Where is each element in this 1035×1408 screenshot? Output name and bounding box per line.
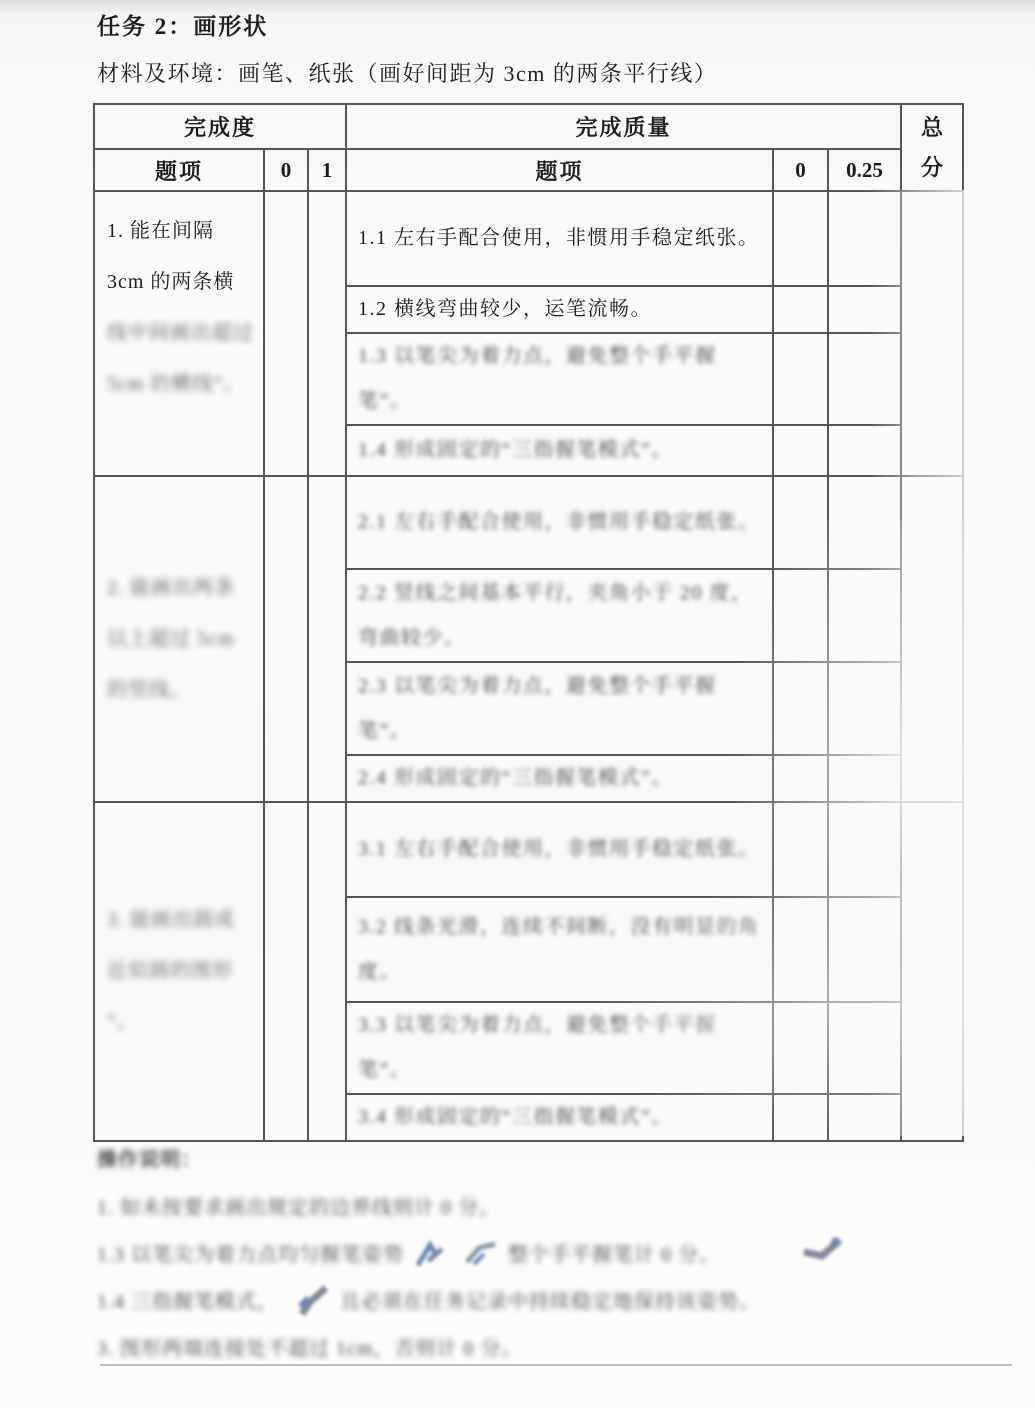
quality-score-025-cell-2-1: [828, 476, 901, 569]
quality-score-0-cell-3-2: [773, 897, 828, 1002]
completion-score-0-cell-3: [264, 802, 308, 1141]
task-item-3-text-blurred: 3. 能画出圆或近似圆的图形 ”。: [107, 909, 235, 1033]
note-line-3: 1.4 三指握笔模式， 且必须在任务记录中持续稳定地保持该姿势。: [97, 1284, 760, 1322]
pen-grip-photo-icon: [796, 1236, 844, 1276]
header-score-0-right: 0: [773, 149, 828, 191]
quality-row-3-4-text: 3.4 形成固定的“三指握笔模式”。: [358, 1106, 673, 1128]
task-item-1: 1. 能在间隔 3cm 的两条横线中间画出超过 5cm 的横线”。: [94, 191, 264, 476]
task-item-2: 2. 能画出两条以上超过 5cm 的竖线。: [94, 476, 264, 802]
note-line-3-text-a: 1.4 三指握笔模式，: [97, 1291, 278, 1313]
quality-score-0-cell-3-4: [773, 1094, 828, 1141]
pen-grip-photo-icon: [288, 1284, 330, 1322]
quality-row-1-2: 1.2 横线弯曲较少，运笔流畅。: [346, 286, 773, 333]
quality-score-0-cell-1-3: [773, 333, 828, 425]
total-score-cell-2: [901, 476, 963, 802]
completion-score-1-cell-3: [308, 802, 346, 1141]
note-line-3-text-b: 且必须在任务记录中持续稳定地保持该姿势。: [340, 1291, 760, 1313]
quality-row-1-2-text: 1.2 横线弯曲较少，运笔流畅。: [358, 298, 652, 320]
quality-row-2-2-text: 2.2 竖线之间基本平行，夹角小于 20 度，弯曲较少。: [358, 582, 753, 649]
quality-row-1-1-text: 1.1 左右手配合使用，非惯用手稳定纸张。: [358, 227, 760, 249]
header-item-left: 题项: [94, 149, 264, 191]
quality-row-2-4: 2.4 形成固定的“三指握笔模式”。: [346, 755, 773, 802]
quality-score-025-cell-3-4: [828, 1094, 901, 1141]
quality-score-0-cell-3-1: [773, 802, 828, 897]
note-line-1: 1. 如未按要求画出规定的边界线则计 0 分。: [97, 1191, 500, 1220]
quality-row-3-2: 3.2 线条光滑，连续不间断，没有明显的角度。: [346, 897, 773, 1002]
note-line-2: 1.3 以笔尖为着力点均匀握笔姿势 整个手平握笔计 0 分。: [97, 1236, 848, 1276]
header-quality: 完成质量: [346, 104, 901, 149]
quality-score-0-cell-2-1: [773, 476, 828, 569]
quality-score-025-cell-3-3: [828, 1002, 901, 1094]
header-total-score: 总分: [901, 104, 963, 191]
page-title: 任务 2：画形状: [97, 8, 268, 41]
pen-grip-photo-icon: [414, 1239, 450, 1273]
quality-score-0-cell-1-1: [773, 191, 828, 286]
quality-row-2-1-text: 2.1 左右手配合使用，非惯用手稳定纸张。: [358, 511, 760, 533]
quality-score-025-cell-2-4: [828, 755, 901, 802]
quality-row-3-2-text: 3.2 线条光滑，连续不间断，没有明显的角度。: [358, 916, 760, 983]
total-score-cell-3: [901, 802, 963, 1141]
quality-score-0-cell-2-3: [773, 662, 828, 755]
note-line-4: 3. 图形两端连接处不超过 1cm，否则计 0 分。: [97, 1332, 522, 1361]
quality-score-0-cell-1-4: [773, 425, 828, 476]
quality-row-2-1: 2.1 左右手配合使用，非惯用手稳定纸张。: [346, 476, 773, 569]
note-line-2-text-b: 整个手平握笔计 0 分。: [508, 1244, 720, 1266]
quality-score-0-cell-2-2: [773, 569, 828, 662]
quality-row-1-3: 1.3 以笔尖为着力点，避免整个手平握笔”。: [346, 333, 773, 425]
header-completion: 完成度: [94, 104, 346, 149]
quality-row-1-4-text: 1.4 形成固定的“三指握笔模式”。: [358, 439, 673, 461]
quality-row-3-3: 3.3 以笔尖为着力点，避免整个手平握笔”。: [346, 1002, 773, 1094]
document-page: 任务 2：画形状 材料及环境：画笔、纸张（画好间距为 3cm 的两条平行线） 完…: [0, 0, 1035, 1408]
quality-score-025-cell-1-1: [828, 191, 901, 286]
bottom-separator: [100, 1364, 1012, 1366]
task-item-3: 3. 能画出圆或近似圆的图形 ”。: [94, 802, 264, 1141]
quality-row-1-4: 1.4 形成固定的“三指握笔模式”。: [346, 425, 773, 476]
quality-row-3-4: 3.4 形成固定的“三指握笔模式”。: [346, 1094, 773, 1141]
header-score-1-left: 1: [308, 149, 346, 191]
completion-score-1-cell-1: [308, 191, 346, 476]
quality-score-025-cell-2-2: [828, 569, 901, 662]
quality-row-3-1: 3.1 左右手配合使用，非惯用手稳定纸张。: [346, 802, 773, 897]
header-item-right: 题项: [346, 149, 773, 191]
pen-grip-photo-icon: [464, 1240, 498, 1272]
task-item-1-text-blurred: 线中间画出超过 5cm 的横线”。: [107, 322, 254, 395]
task-item-1-text: 1. 能在间隔 3cm 的两条横: [107, 220, 234, 293]
quality-score-025-cell-2-3: [828, 662, 901, 755]
quality-row-3-3-text: 3.3 以笔尖为着力点，避免整个手平握笔”。: [358, 1014, 717, 1081]
header-score-025-right: 0.25: [828, 149, 901, 191]
notes-heading: 操作说明：: [97, 1143, 202, 1172]
quality-row-3-1-text: 3.1 左右手配合使用，非惯用手稳定纸张。: [358, 838, 760, 860]
quality-row-1-1: 1.1 左右手配合使用，非惯用手稳定纸张。: [346, 191, 773, 286]
quality-score-025-cell-3-1: [828, 802, 901, 897]
task-item-2-text-blurred: 2. 能画出两条以上超过 5cm 的竖线。: [107, 577, 235, 701]
quality-score-025-cell-1-3: [828, 333, 901, 425]
completion-score-0-cell-1: [264, 191, 308, 476]
note-line-2-text-a: 1.3 以笔尖为着力点均匀握笔姿势: [97, 1244, 404, 1266]
quality-score-025-cell-1-4: [828, 425, 901, 476]
quality-row-1-3-text: 1.3 以笔尖为着力点，避免整个手平握笔”。: [358, 345, 717, 412]
quality-row-2-4-text: 2.4 形成固定的“三指握笔模式”。: [358, 767, 673, 789]
total-score-cell-1: [901, 191, 963, 476]
quality-score-025-cell-3-2: [828, 897, 901, 1002]
quality-score-0-cell-1-2: [773, 286, 828, 333]
header-score-0-left: 0: [264, 149, 308, 191]
materials-line: 材料及环境：画笔、纸张（画好间距为 3cm 的两条平行线）: [97, 57, 717, 88]
quality-score-0-cell-2-4: [773, 755, 828, 802]
completion-score-1-cell-2: [308, 476, 346, 802]
quality-row-2-3: 2.3 以笔尖为着力点，避免整个手平握笔”。: [346, 662, 773, 755]
quality-row-2-2: 2.2 竖线之间基本平行，夹角小于 20 度，弯曲较少。: [346, 569, 773, 662]
completion-score-0-cell-2: [264, 476, 308, 802]
total-score-label: 总分: [919, 108, 944, 188]
quality-row-2-3-text: 2.3 以笔尖为着力点，避免整个手平握笔”。: [358, 675, 717, 742]
quality-score-025-cell-1-2: [828, 286, 901, 333]
scoring-table: 完成度 完成质量 总分 题项 0 1 题项 0 0.25 1. 能在间隔 3cm…: [93, 103, 964, 1142]
quality-score-0-cell-3-3: [773, 1002, 828, 1094]
